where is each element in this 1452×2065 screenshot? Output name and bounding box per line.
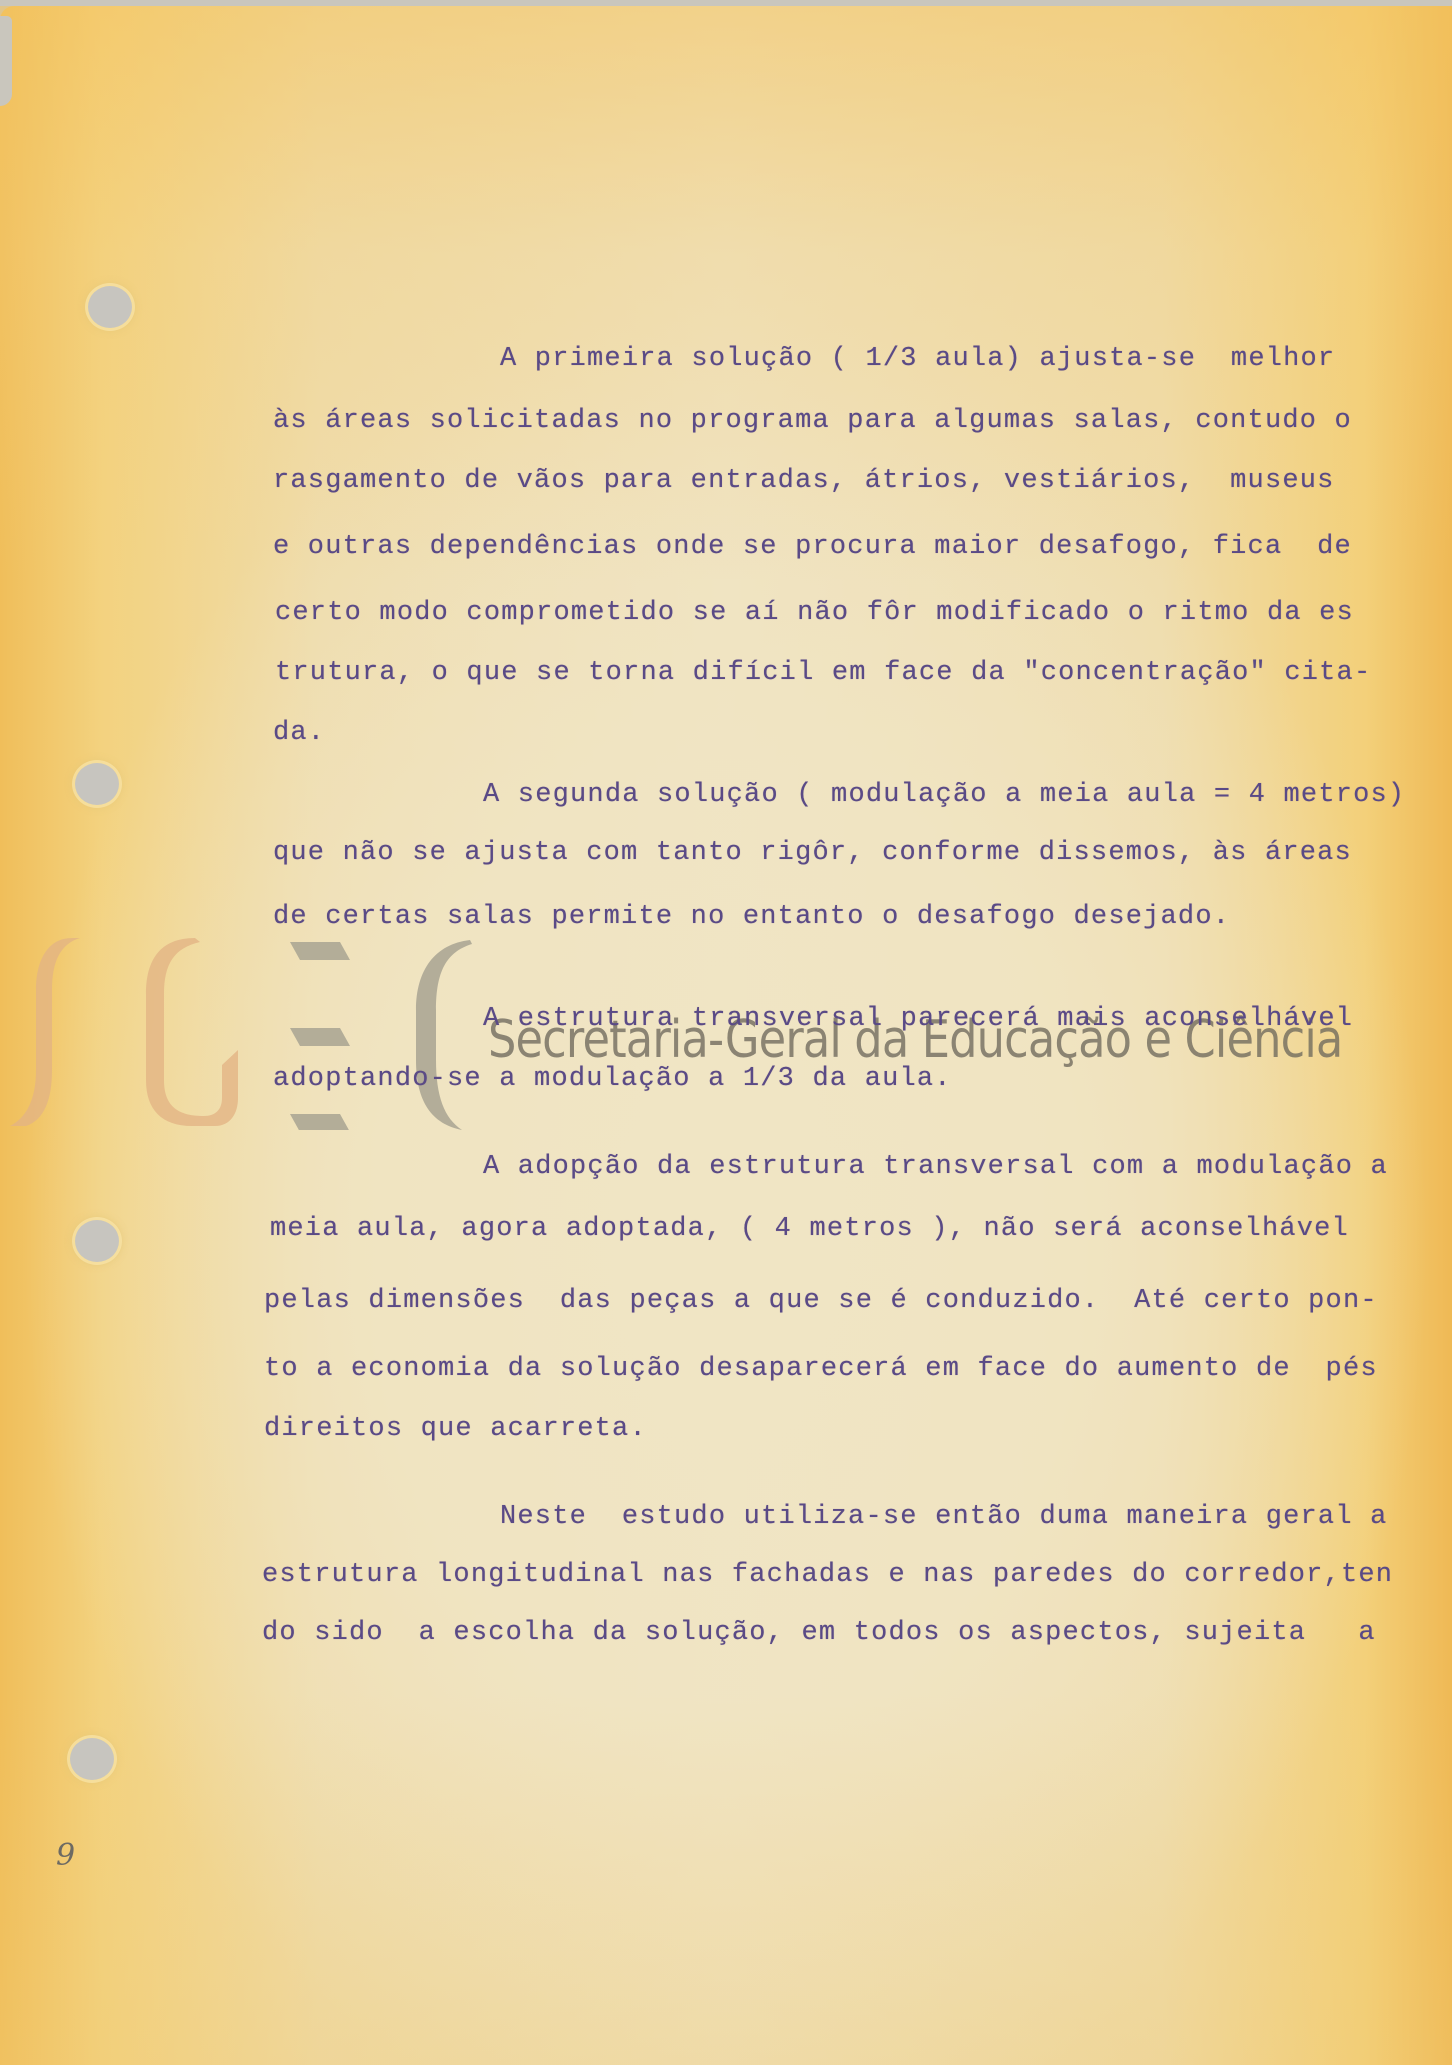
text-line: pelas dimensões das peças a que se é con… [264, 1286, 1378, 1316]
typed-text-body: A primeira solução ( 1/3 aula) ajusta-se… [0, 0, 1452, 2065]
text-line: trutura, o que se torna difícil em face … [275, 658, 1371, 688]
text-line: de certas salas permite no entanto o des… [273, 902, 1230, 932]
text-line: rasgamento de vãos para entradas, átrios… [273, 466, 1335, 496]
text-line: às áreas solicitadas no programa para al… [273, 406, 1352, 436]
text-line: meia aula, agora adoptada, ( 4 metros ),… [270, 1214, 1349, 1244]
text-line: Neste estudo utiliza-se então duma manei… [500, 1502, 1388, 1532]
text-line: e outras dependências onde se procura ma… [273, 532, 1352, 562]
text-line: A estrutura transversal parecerá mais ac… [483, 1004, 1353, 1034]
text-line: A segunda solução ( modulação a meia aul… [483, 780, 1405, 810]
text-line: da. [273, 718, 325, 748]
text-line: que não se ajusta com tanto rigôr, confo… [273, 838, 1352, 868]
text-line: A adopção da estrutura transversal com a… [483, 1152, 1388, 1182]
pencil-page-number: 9 [56, 1838, 75, 1873]
text-line: estrutura longitudinal nas fachadas e na… [262, 1560, 1393, 1590]
text-line: A primeira solução ( 1/3 aula) ajusta-se… [500, 344, 1335, 374]
text-line: direitos que acarreta. [264, 1414, 647, 1444]
text-line: to a economia da solução desaparecerá em… [264, 1354, 1378, 1384]
text-line: certo modo comprometido se aí não fôr mo… [275, 598, 1354, 628]
text-line: do sido a escolha da solução, em todos o… [262, 1618, 1376, 1648]
text-line: adoptando-se a modulação a 1/3 da aula. [273, 1064, 952, 1094]
